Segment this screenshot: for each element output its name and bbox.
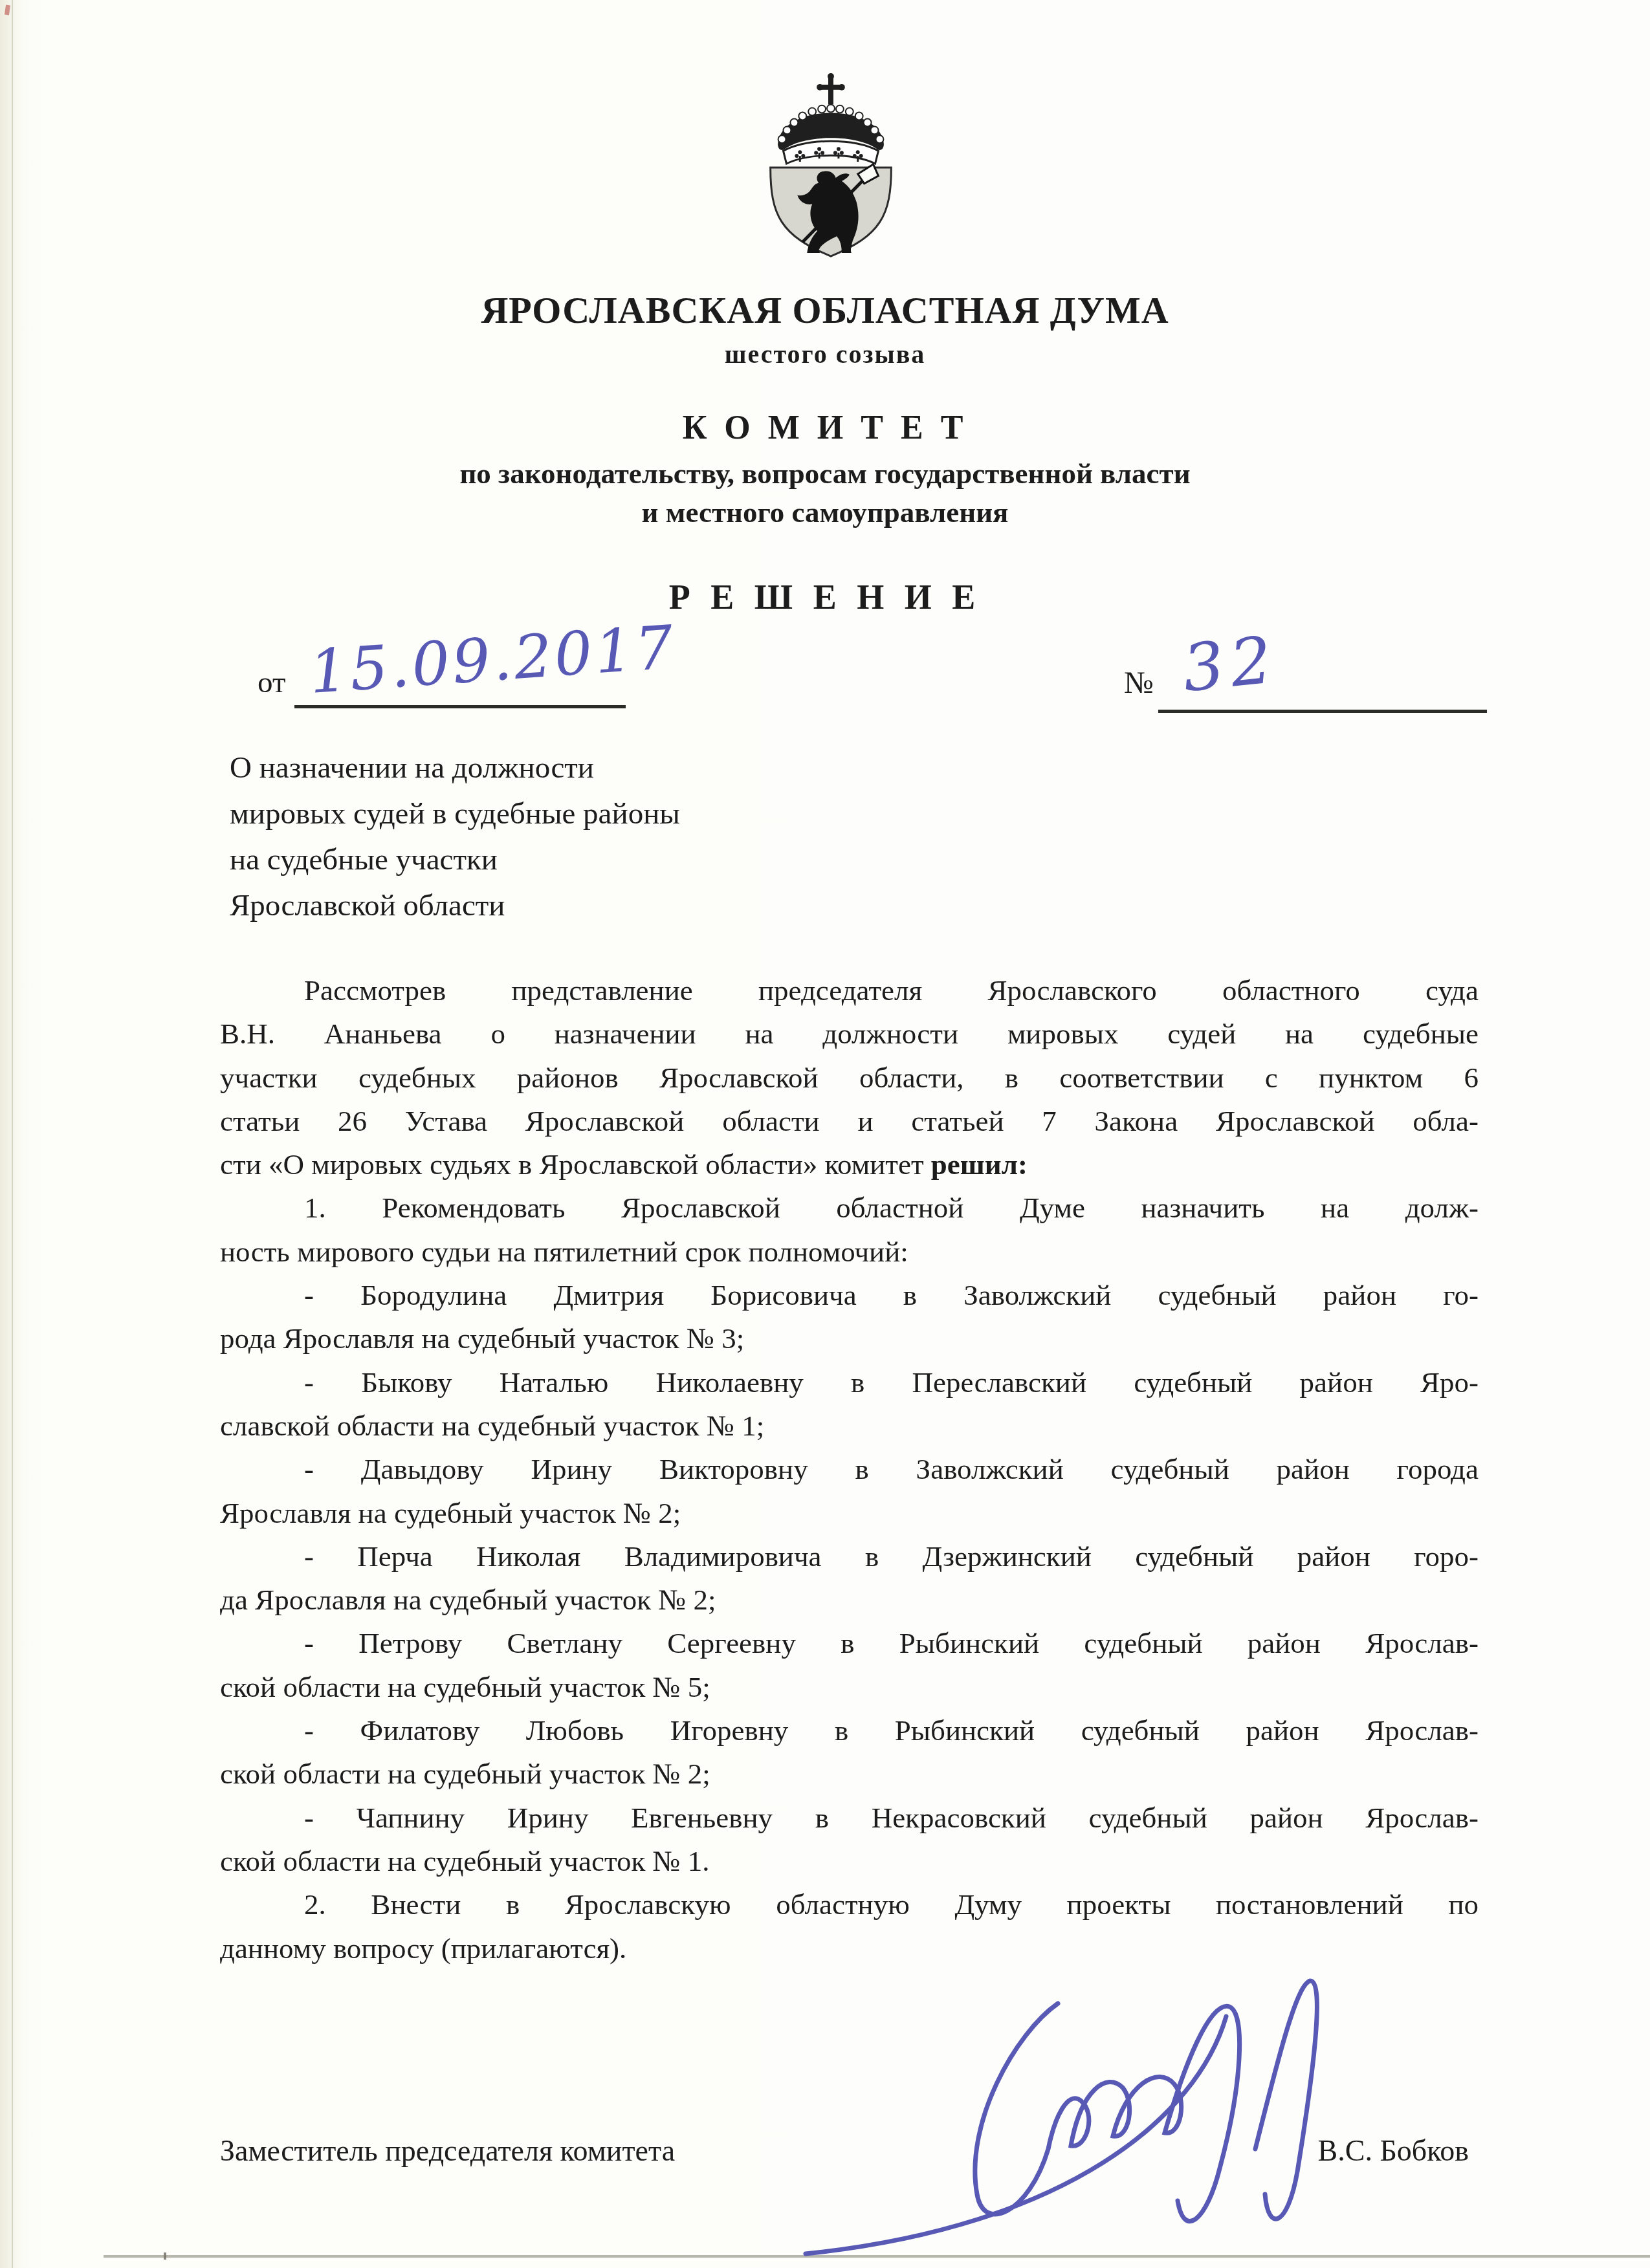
handwritten-number: 32 <box>1179 622 1282 707</box>
document-type-heading: Р Е Ш Е Н И Е <box>0 577 1650 617</box>
body-line: 2. Внести в Ярославскую областную Думу п… <box>220 1883 1479 1926</box>
subject-line: на судебные участки <box>230 837 877 883</box>
handwritten-signature-blue-ink-icon <box>744 1955 1456 2264</box>
committee-description-line2: и местного самоуправления <box>0 496 1650 529</box>
subject-line: О назначении на должности <box>230 745 877 791</box>
body-line: - Перча Николая Владимировича в Дзержинс… <box>220 1535 1479 1578</box>
body-line: ской области на судебный участок № 1. <box>220 1840 1479 1883</box>
body-line: В.Н. Ананьева о назначении на должности … <box>220 1012 1479 1056</box>
number-underline <box>1158 710 1487 713</box>
body-line: - Чапнину Ирину Евгеньевну в Некрасовски… <box>220 1796 1479 1840</box>
body-line: рода Ярославля на судебный участок № 3; <box>220 1317 1479 1360</box>
body-line: сти «О мировых судьях в Ярославской обла… <box>220 1143 1479 1186</box>
date-underline <box>294 705 626 708</box>
body-line: да Ярославля на судебный участок № 2; <box>220 1578 1479 1622</box>
body-text: Рассмотрев представление председателя Яр… <box>220 969 1479 1970</box>
body-line: Ярославля на судебный участок № 2; <box>220 1492 1479 1535</box>
body-line: - Филатову Любовь Игоревну в Рыбинский с… <box>220 1709 1479 1752</box>
body-line: - Давыдову Ирину Викторовну в Заволжский… <box>220 1448 1479 1491</box>
body-line-bold-word: решил: <box>931 1148 1028 1181</box>
committee-title: К О М И Т Е Т <box>0 409 1650 447</box>
convocation-subtitle: шестого созыва <box>0 339 1650 369</box>
body-line: статьи 26 Устава Ярославской области и с… <box>220 1100 1479 1143</box>
body-line: ность мирового судьи на пятилетний срок … <box>220 1230 1479 1274</box>
body-line: славской области на судебный участок № 1… <box>220 1404 1479 1448</box>
handwritten-date: 15.09.2017 <box>307 615 648 707</box>
signer-position: Заместитель председателя комитета <box>220 2133 675 2168</box>
body-line: ской области на судебный участок № 5; <box>220 1666 1479 1709</box>
body-line: Рассмотрев представление председателя Яр… <box>220 969 1479 1012</box>
subject-line: Ярославской области <box>230 883 877 929</box>
body-line: - Петрову Светлану Сергеевну в Рыбинский… <box>220 1622 1479 1665</box>
subject-block: О назначении на должности мировых судей … <box>230 745 877 929</box>
body-line: 1. Рекомендовать Ярославской областной Д… <box>220 1186 1479 1230</box>
scanned-document-page: ЯРОСЛАВСКАЯ ОБЛАСТНАЯ ДУМА шестого созыв… <box>0 0 1650 2268</box>
body-line: участки судебных районов Ярославской обл… <box>220 1056 1479 1100</box>
body-line: - Быкову Наталью Николаевну в Переславск… <box>220 1361 1479 1404</box>
organization-name: ЯРОСЛАВСКАЯ ОБЛАСТНАЯ ДУМА <box>0 289 1650 332</box>
yaroslavl-coat-of-arms-bear-with-halberd-under-crown-icon <box>756 72 906 259</box>
subject-line: мировых судей в судебные районы <box>230 791 877 837</box>
scan-red-speck <box>5 5 10 16</box>
body-line: - Бородулина Дмитрия Борисовича в Заволж… <box>220 1274 1479 1317</box>
number-label: № <box>1124 665 1154 701</box>
date-label: от <box>258 665 285 700</box>
body-line: ской области на судебный участок № 2; <box>220 1752 1479 1796</box>
committee-description-line1: по законодательству, вопросам государств… <box>0 457 1650 490</box>
